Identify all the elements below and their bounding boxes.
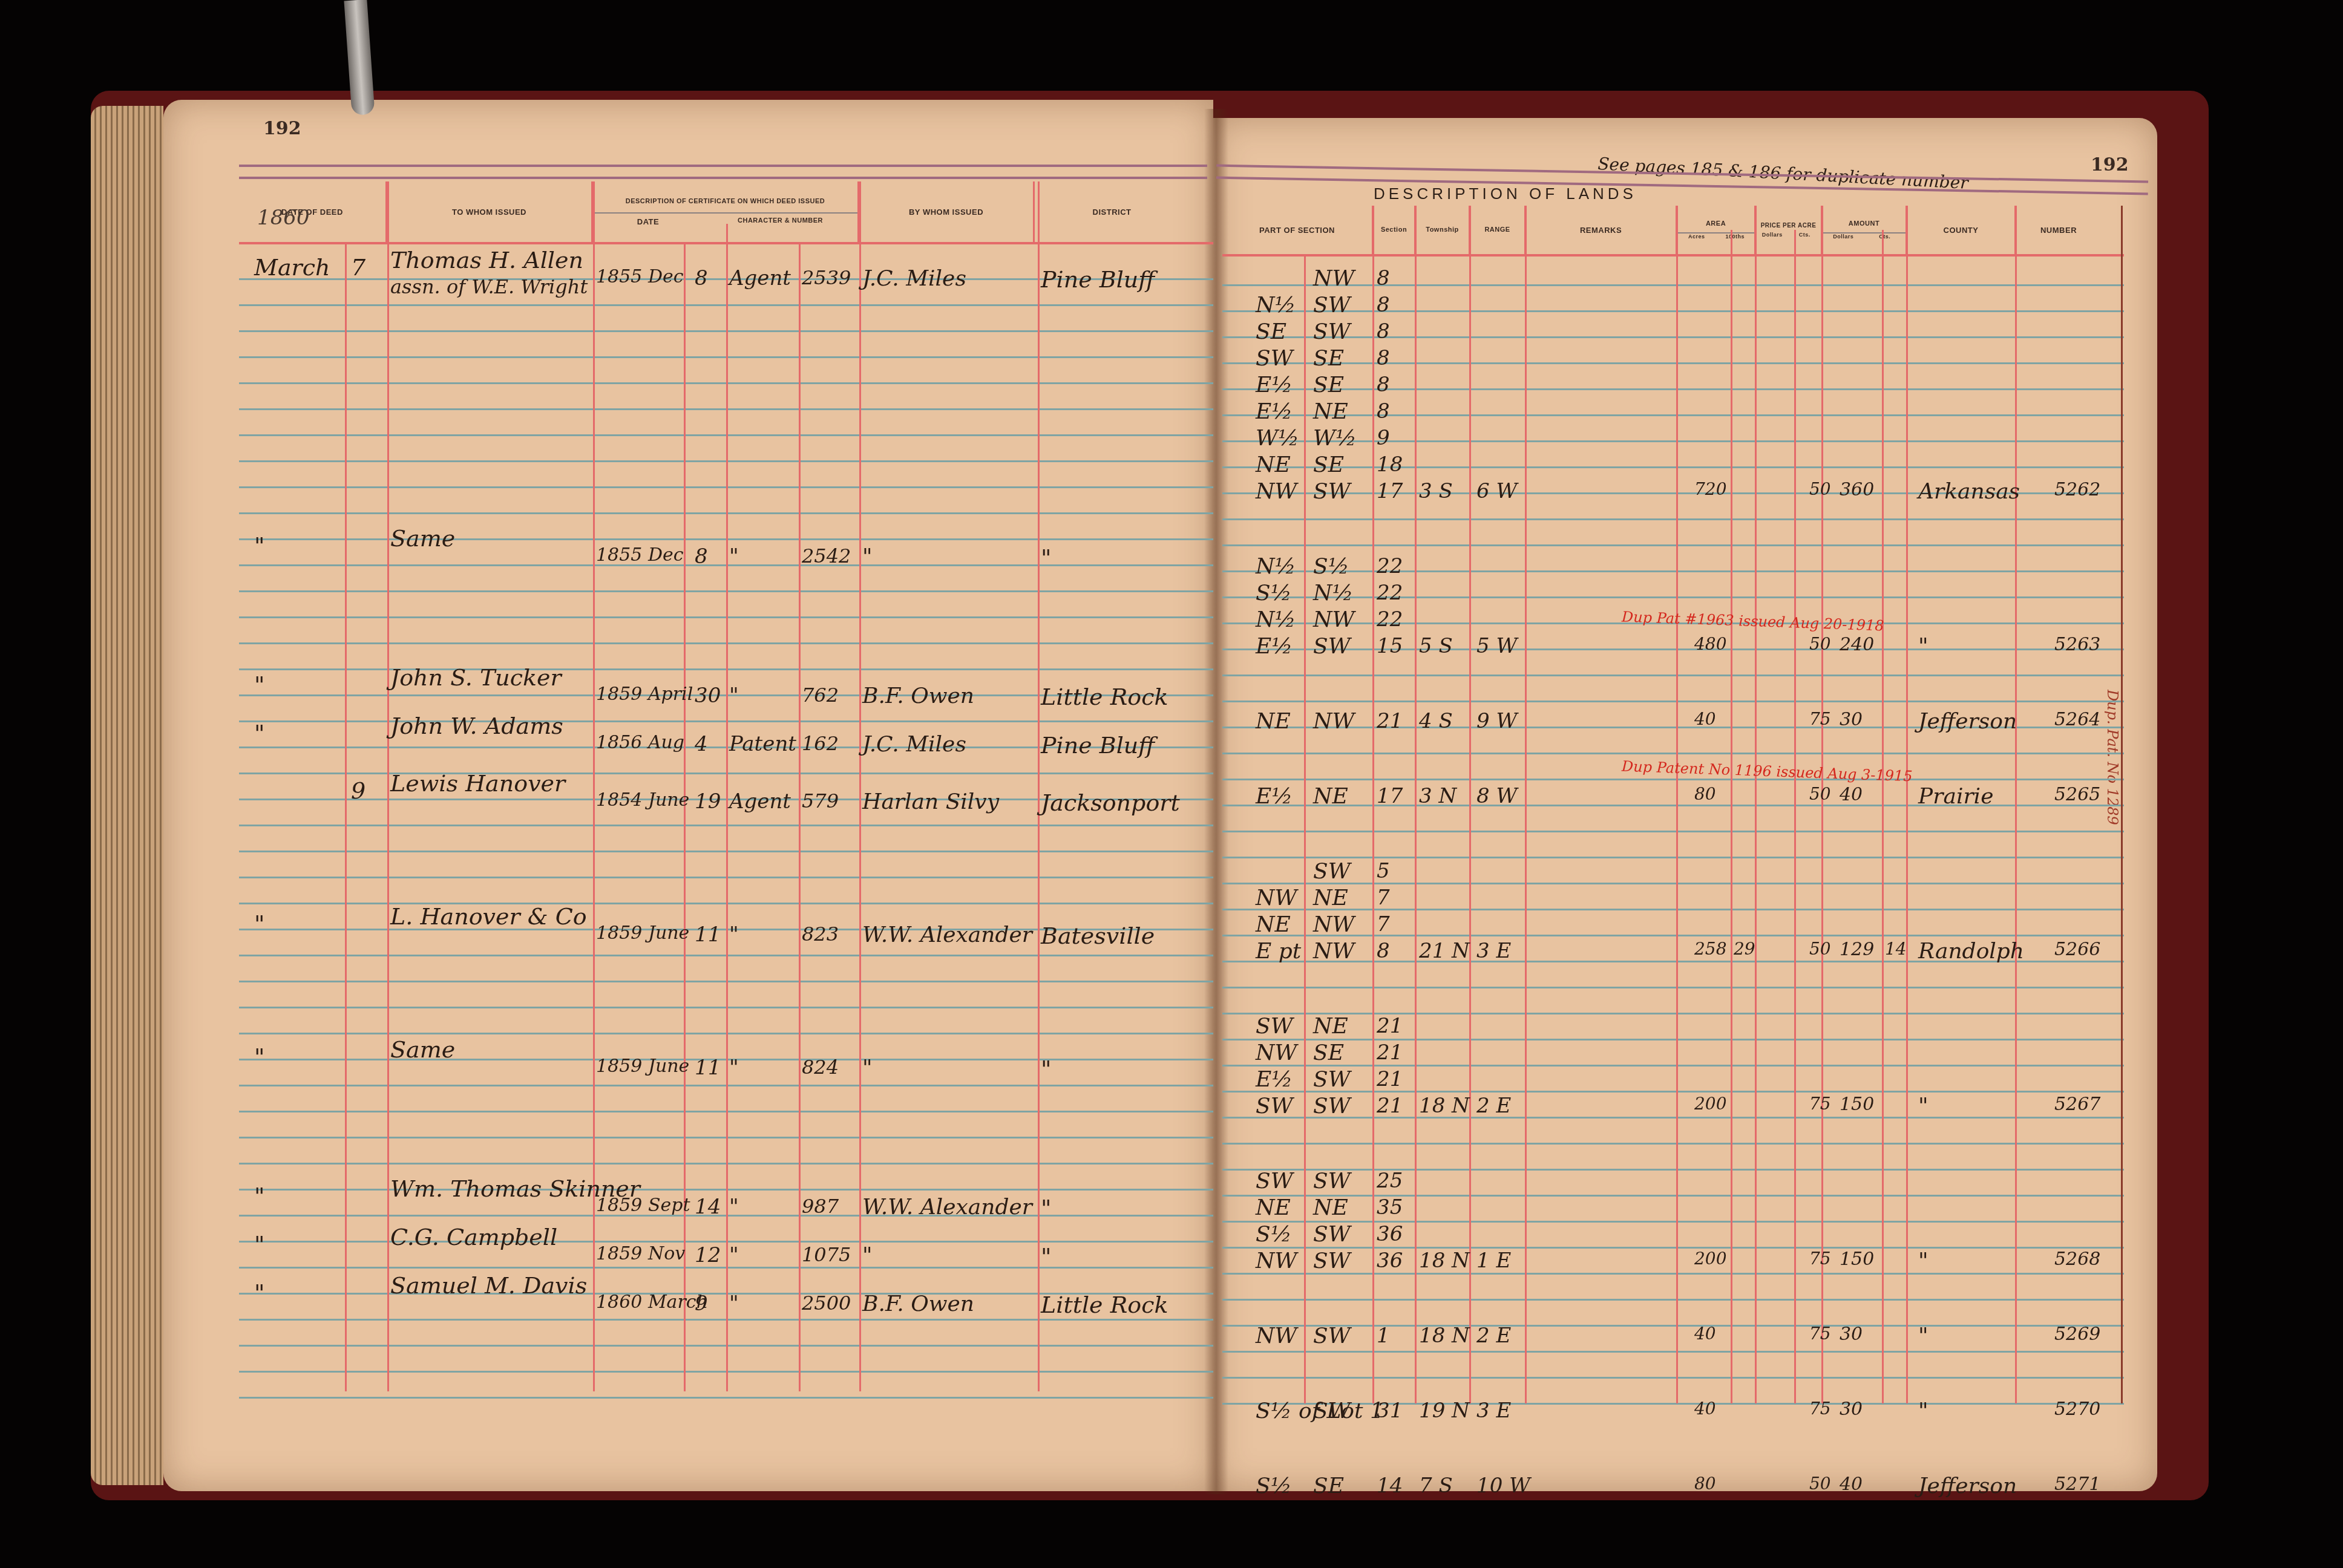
county: " — [1918, 1399, 1928, 1423]
quarter: NW — [1313, 607, 1355, 632]
cert-date: 1859 April — [596, 684, 693, 705]
deed-number: 5265 — [2054, 784, 2100, 805]
part-of-section: E½ — [1256, 399, 1293, 424]
section: 8 — [1377, 346, 1390, 370]
amount-dollars: 30 — [1840, 709, 1863, 730]
part-of-section: E½ — [1256, 1067, 1293, 1092]
section: 8 — [1377, 399, 1390, 423]
area-acres: 258 — [1694, 939, 1726, 959]
column-divider — [726, 224, 728, 1391]
price-per-acre: 50 — [1809, 1474, 1831, 1494]
deed-grantee-name: John W. Adams — [390, 713, 563, 739]
price-per-acre: 50 — [1809, 634, 1831, 654]
cert-number: 2542 — [802, 544, 851, 567]
header-label: Dollars — [1756, 232, 1789, 238]
part-of-section: NW — [1256, 1040, 1297, 1065]
deed-grantee-name: Samuel M. Davis — [390, 1272, 587, 1299]
district: Jacksonport — [1041, 789, 1180, 816]
cert-date: 1859 Nov — [596, 1243, 685, 1264]
cert-day: 8 — [695, 544, 708, 569]
part-of-section: N½ — [1256, 607, 1296, 632]
part-of-section: NE — [1256, 912, 1291, 937]
township: 3 N — [1419, 784, 1457, 808]
header-label: NUMBER — [2040, 226, 2077, 235]
section: 35 — [1377, 1195, 1403, 1220]
cert-number: 1075 — [802, 1243, 851, 1266]
cert-character: Agent — [729, 266, 791, 290]
deed-day: 9 — [351, 777, 365, 804]
amount-dollars: 30 — [1840, 1399, 1863, 1420]
amount-dollars: 40 — [1840, 784, 1863, 805]
quarter: SE — [1313, 452, 1344, 477]
deed-grantee-name: Same — [390, 525, 455, 552]
quarter: SE — [1313, 1474, 1344, 1498]
quarter: SW — [1313, 1249, 1351, 1273]
column-divider — [1794, 230, 1796, 1403]
column-divider — [2121, 206, 2123, 1403]
township: 7 S — [1419, 1474, 1453, 1498]
quarter: NW — [1313, 912, 1355, 937]
column-divider — [1304, 254, 1306, 1403]
header-price-per-acre: PRICE PER ACRE DollarsCts. — [1756, 206, 1823, 254]
amount-dollars: 129 — [1840, 939, 1874, 960]
quarter: NW — [1313, 266, 1355, 291]
issued-by: " — [862, 544, 873, 569]
area-acres: 80 — [1694, 1474, 1716, 1494]
range: 6 W — [1476, 479, 1517, 503]
part-of-section: NE — [1256, 709, 1291, 734]
section: 21 — [1377, 1040, 1403, 1065]
area-acres: 200 — [1694, 1094, 1726, 1114]
header-range: RANGE — [1470, 206, 1526, 254]
township: 18 N — [1419, 1324, 1470, 1348]
cert-day: 14 — [695, 1195, 721, 1219]
section: 7 — [1377, 912, 1390, 936]
district: Pine Bluff — [1041, 266, 1155, 293]
quarter: NW — [1313, 709, 1355, 734]
cert-date: 1859 June — [596, 923, 689, 944]
column-divider — [1038, 181, 1040, 1391]
column-divider — [1906, 206, 1908, 1403]
issued-by: W.W. Alexander — [862, 923, 1032, 947]
part-of-section: S½ — [1256, 1474, 1292, 1498]
section: 1 — [1377, 1324, 1390, 1348]
deed-number: 5262 — [2054, 479, 2100, 500]
page-number-left: 192 — [263, 118, 301, 139]
cert-character: " — [729, 1292, 739, 1316]
quarter: SW — [1313, 634, 1351, 659]
deed-number: 5263 — [2054, 634, 2100, 655]
section: 21 — [1377, 1014, 1403, 1038]
cert-day: 11 — [695, 923, 721, 947]
price-per-acre: 75 — [1809, 1249, 1831, 1269]
county: " — [1918, 634, 1928, 659]
part-of-section: NW — [1256, 886, 1297, 910]
quarter: SE — [1313, 346, 1344, 371]
price-per-acre: 50 — [1809, 479, 1831, 499]
district: " — [1041, 1243, 1051, 1270]
township: 18 N — [1419, 1249, 1470, 1273]
cert-character: Agent — [729, 789, 791, 814]
cert-character: " — [729, 544, 739, 569]
cert-character: " — [729, 1056, 739, 1080]
quarter: NE — [1313, 1014, 1348, 1039]
issued-by: J.C. Miles — [862, 732, 966, 757]
column-divider — [593, 181, 595, 1391]
header-band-left — [239, 165, 1207, 179]
township: 18 N — [1419, 1094, 1470, 1118]
part-of-section: E½ — [1256, 634, 1293, 659]
cert-date: 1859 June — [596, 1056, 689, 1077]
quarter: SE — [1313, 1040, 1344, 1065]
district: " — [1041, 544, 1051, 571]
header-label: AMOUNT — [1849, 220, 1879, 227]
cert-number: 2500 — [802, 1292, 851, 1315]
part-of-section: E½ — [1256, 784, 1293, 809]
district: Little Rock — [1041, 1292, 1168, 1318]
deed-grantee-name: Lewis Hanover — [390, 770, 565, 797]
county: Arkansas — [1918, 479, 2020, 504]
part-of-section: S½ — [1256, 581, 1292, 606]
quarter: SW — [1313, 1324, 1351, 1348]
township: 21 N — [1419, 939, 1470, 963]
quarter: W½ — [1313, 426, 1357, 451]
column-divider — [799, 242, 801, 1391]
section: 31 — [1377, 1399, 1403, 1423]
amount-dollars: 240 — [1840, 634, 1874, 655]
column-divider — [1469, 206, 1471, 1403]
header-label: Township — [1426, 226, 1459, 234]
column-divider — [345, 242, 347, 1391]
section: 7 — [1377, 886, 1390, 910]
amount-dollars: 360 — [1840, 479, 1874, 500]
range: 2 E — [1476, 1324, 1511, 1348]
amount-dollars: 40 — [1840, 1474, 1863, 1495]
deed-number: 5269 — [2054, 1324, 2100, 1345]
cert-day: 11 — [695, 1056, 721, 1080]
header-label: PART OF SECTION — [1259, 226, 1335, 235]
district: " — [1041, 1195, 1051, 1221]
header-rule-right — [1222, 254, 2124, 256]
range: 3 E — [1476, 939, 1511, 963]
deed-month: " — [254, 1183, 264, 1209]
part-of-section: W½ — [1256, 426, 1299, 451]
part-of-section: NW — [1256, 1324, 1297, 1348]
cert-day: 19 — [695, 789, 721, 814]
description-of-lands-title: DESCRIPTION OF LANDS — [1374, 185, 1637, 203]
section: 8 — [1377, 939, 1390, 963]
deed-number: 5268 — [2054, 1249, 2100, 1270]
quarter: SW — [1313, 859, 1351, 884]
area-acres: 480 — [1694, 634, 1726, 654]
section: 21 — [1377, 1067, 1403, 1091]
township: 5 S — [1419, 634, 1453, 658]
header-label: PRICE PER ACRE — [1761, 223, 1817, 229]
area-acres: 40 — [1694, 1324, 1716, 1344]
header-label: DESCRIPTION OF CERTIFICATE ON WHICH DEED… — [626, 198, 825, 205]
deed-month: " — [254, 532, 264, 559]
header-label: Dollars — [1823, 234, 1864, 240]
price-per-acre: 75 — [1809, 1399, 1831, 1419]
township: 4 S — [1419, 709, 1453, 733]
header-to-whom: TO WHOM ISSUED — [387, 181, 593, 242]
quarter: SW — [1313, 1094, 1351, 1119]
part-of-section: SW — [1256, 1094, 1293, 1119]
part-of-section: S½ — [1256, 1222, 1292, 1247]
column-divider — [1525, 206, 1527, 1403]
price-per-acre: 75 — [1809, 709, 1831, 729]
price-per-acre: 75 — [1809, 1324, 1831, 1344]
part-of-section: N½ — [1256, 554, 1296, 579]
cert-day: 30 — [695, 684, 721, 708]
cert-date: 1860 March — [596, 1292, 708, 1313]
ruled-lines-right — [1222, 260, 2124, 1410]
issued-by: " — [862, 1056, 873, 1080]
quarter: SW — [1313, 319, 1351, 344]
column-divider — [387, 181, 389, 1391]
cert-number: 824 — [802, 1056, 839, 1079]
range: 3 E — [1476, 1399, 1511, 1423]
page-number-right: 192 — [2091, 154, 2129, 175]
header-label: RANGE — [1484, 226, 1510, 234]
cert-character: " — [729, 923, 739, 947]
part-of-section: NE — [1256, 1195, 1291, 1220]
cert-date: 1855 Dec — [596, 544, 684, 566]
header-remarks: REMARKS — [1526, 206, 1677, 254]
amount-dollars: 150 — [1840, 1094, 1874, 1115]
cert-date: 1856 Aug — [596, 732, 684, 753]
deed-month: " — [254, 910, 264, 937]
county: " — [1918, 1249, 1928, 1273]
quarter: NE — [1313, 399, 1348, 424]
column-divider — [1821, 206, 1823, 1403]
header-label: BY WHOM ISSUED — [909, 207, 983, 217]
price-per-acre: 50 — [1809, 784, 1831, 804]
deed-grantee-note: assn. of W.E. Wright — [390, 275, 588, 298]
header-area: AREA Acres100ths — [1677, 206, 1756, 254]
quarter: SW — [1313, 293, 1351, 318]
cert-number: 823 — [802, 923, 839, 946]
section: 17 — [1377, 784, 1403, 808]
range: 9 W — [1476, 709, 1517, 733]
header-county: COUNTY — [1907, 206, 2016, 254]
cert-character: " — [729, 1195, 739, 1219]
amount-cents: 14 — [1885, 939, 1907, 959]
header-label: REMARKS — [1580, 226, 1622, 235]
county: Jefferson — [1918, 1474, 2017, 1498]
cert-character: " — [729, 684, 739, 708]
issued-by: J.C. Miles — [862, 266, 966, 291]
deed-month: " — [254, 671, 264, 698]
section: 21 — [1377, 1094, 1403, 1118]
section: 5 — [1377, 859, 1390, 883]
cert-date: 1854 June — [596, 789, 689, 811]
quarter: SW — [1313, 479, 1351, 504]
cert-day: 12 — [695, 1243, 721, 1267]
header-label: DISTRICT — [1093, 207, 1132, 217]
district: Batesville — [1041, 923, 1155, 949]
cert-day: 4 — [695, 732, 708, 756]
issued-by: B.F. Owen — [862, 1292, 974, 1316]
cert-day: 9 — [695, 1292, 708, 1316]
cert-date: 1859 Sept — [596, 1195, 690, 1216]
issued-by: Harlan Silvy — [862, 789, 999, 814]
deed-number: 5270 — [2054, 1399, 2100, 1420]
quarter: N½ — [1313, 581, 1353, 606]
header-label: Acres — [1677, 234, 1716, 240]
column-divider — [859, 181, 861, 1391]
section: 36 — [1377, 1222, 1403, 1246]
page-edges — [91, 106, 163, 1485]
area-acres: 720 — [1694, 479, 1726, 499]
issued-by: " — [862, 1243, 873, 1268]
section: 8 — [1377, 266, 1390, 290]
header-label: COUNTY — [1944, 226, 1979, 235]
header-part-of-section: PART OF SECTION — [1222, 206, 1374, 254]
quarter: SW — [1313, 1067, 1351, 1092]
section: 8 — [1377, 293, 1390, 317]
part-of-section: SW — [1256, 346, 1293, 371]
amount-dollars: 150 — [1840, 1249, 1874, 1270]
header-label: AREA — [1706, 220, 1726, 227]
deed-day: 7 — [351, 254, 365, 281]
quarter: NE — [1313, 784, 1348, 809]
part-of-section: NE — [1256, 452, 1291, 477]
section: 8 — [1377, 373, 1390, 397]
area-acres: 80 — [1694, 784, 1716, 804]
area-acres: 200 — [1694, 1249, 1726, 1269]
part-of-section: E½ — [1256, 373, 1293, 397]
right-header-row: PART OF SECTION Section Township RANGE R… — [1222, 206, 2124, 254]
issued-by: W.W. Alexander — [862, 1195, 1032, 1220]
cert-character: Patent — [729, 732, 796, 756]
district: Little Rock — [1041, 684, 1168, 710]
header-label: TO WHOM ISSUED — [452, 207, 526, 217]
deed-number: 5267 — [2054, 1094, 2100, 1115]
quarter: SW — [1313, 1222, 1351, 1247]
quarter: NE — [1313, 886, 1348, 910]
cert-number: 2539 — [802, 266, 851, 289]
part-of-section: NW — [1256, 479, 1297, 504]
part-of-section: NW — [1256, 1249, 1297, 1273]
header-by-whom: BY WHOM ISSUED — [859, 181, 1035, 242]
quarter: SE — [1313, 373, 1344, 397]
header-district: DISTRICT — [1035, 181, 1189, 242]
part-of-section: SE — [1256, 319, 1286, 344]
column-divider — [1731, 230, 1732, 1403]
quarter: NW — [1313, 939, 1355, 964]
quarter: SW — [1313, 1399, 1351, 1423]
header-section: Section — [1374, 206, 1416, 254]
deed-grantee-name: C.G. Campbell — [390, 1224, 557, 1250]
range: 1 E — [1476, 1249, 1511, 1273]
part-of-section: SW — [1256, 1169, 1293, 1194]
cert-number: 987 — [802, 1195, 839, 1218]
quarter: NE — [1313, 1195, 1348, 1220]
deed-number: 5264 — [2054, 709, 2100, 730]
column-divider — [1755, 206, 1757, 1403]
header-number: NUMBER — [2016, 206, 2101, 254]
district: Pine Bluff — [1041, 732, 1155, 759]
quarter: S½ — [1313, 554, 1349, 579]
section: 22 — [1377, 607, 1403, 632]
section: 36 — [1377, 1249, 1403, 1273]
section: 17 — [1377, 479, 1403, 503]
header-label: Cts. — [1864, 234, 1906, 240]
deed-number: 5266 — [2054, 939, 2100, 960]
price-per-acre: 75 — [1809, 1094, 1831, 1114]
column-divider — [2015, 206, 2017, 1403]
township: 19 N — [1419, 1399, 1470, 1423]
range: 10 W — [1476, 1474, 1530, 1498]
section: 9 — [1377, 426, 1390, 450]
deed-month: " — [254, 1279, 264, 1306]
section: 18 — [1377, 452, 1403, 477]
column-divider — [1676, 206, 1678, 1403]
county: Prairie — [1918, 784, 1993, 809]
county: Jefferson — [1918, 709, 2017, 734]
deed-number: 5271 — [2054, 1474, 2100, 1495]
section: 25 — [1377, 1169, 1403, 1193]
amount-dollars: 30 — [1840, 1324, 1863, 1345]
range: 2 E — [1476, 1094, 1511, 1118]
deed-grantee-name: Thomas H. Allen — [390, 247, 583, 273]
county: " — [1918, 1324, 1928, 1348]
county: Randolph — [1918, 939, 2024, 964]
column-divider — [1882, 230, 1884, 1403]
cert-number: 162 — [802, 732, 839, 755]
quarter: SW — [1313, 1169, 1351, 1194]
area-acres: 40 — [1694, 709, 1716, 729]
district: " — [1041, 1056, 1051, 1082]
price-per-acre: 50 — [1809, 939, 1831, 959]
section: 15 — [1377, 634, 1403, 658]
section: 21 — [1377, 709, 1403, 733]
section: 8 — [1377, 319, 1390, 344]
area-hundredths: 29 — [1734, 939, 1755, 959]
deed-grantee-name: Same — [390, 1036, 455, 1063]
header-label: 100ths — [1716, 234, 1755, 240]
column-divider — [1372, 206, 1374, 1403]
cert-character: " — [729, 1243, 739, 1267]
section: 22 — [1377, 581, 1403, 605]
county: " — [1918, 1094, 1928, 1119]
cert-number: 579 — [802, 789, 839, 812]
cert-date: 1855 Dec — [596, 266, 684, 287]
deed-grantee-name: L. Hanover & Co — [390, 903, 587, 930]
issued-by: B.F. Owen — [862, 684, 974, 708]
cert-number: 762 — [802, 684, 839, 707]
area-acres: 40 — [1694, 1399, 1716, 1419]
section: 14 — [1377, 1474, 1403, 1498]
header-label: Section — [1381, 226, 1407, 234]
header-label: DATE — [593, 214, 703, 226]
deed-month: " — [254, 720, 264, 746]
column-divider — [1415, 206, 1417, 1403]
cert-day: 8 — [695, 266, 708, 290]
deed-month: March — [254, 254, 330, 281]
part-of-section: N½ — [1256, 293, 1296, 318]
range: 5 W — [1476, 634, 1517, 658]
column-divider — [684, 242, 686, 1391]
year-heading: 1860 — [257, 206, 310, 230]
deed-month: " — [254, 1044, 264, 1070]
range: 8 W — [1476, 784, 1517, 808]
header-township: Township — [1416, 206, 1470, 254]
part-of-section: SW — [1256, 1014, 1293, 1039]
deed-grantee-name: John S. Tucker — [390, 664, 562, 691]
header-label: Cts. — [1789, 232, 1821, 238]
